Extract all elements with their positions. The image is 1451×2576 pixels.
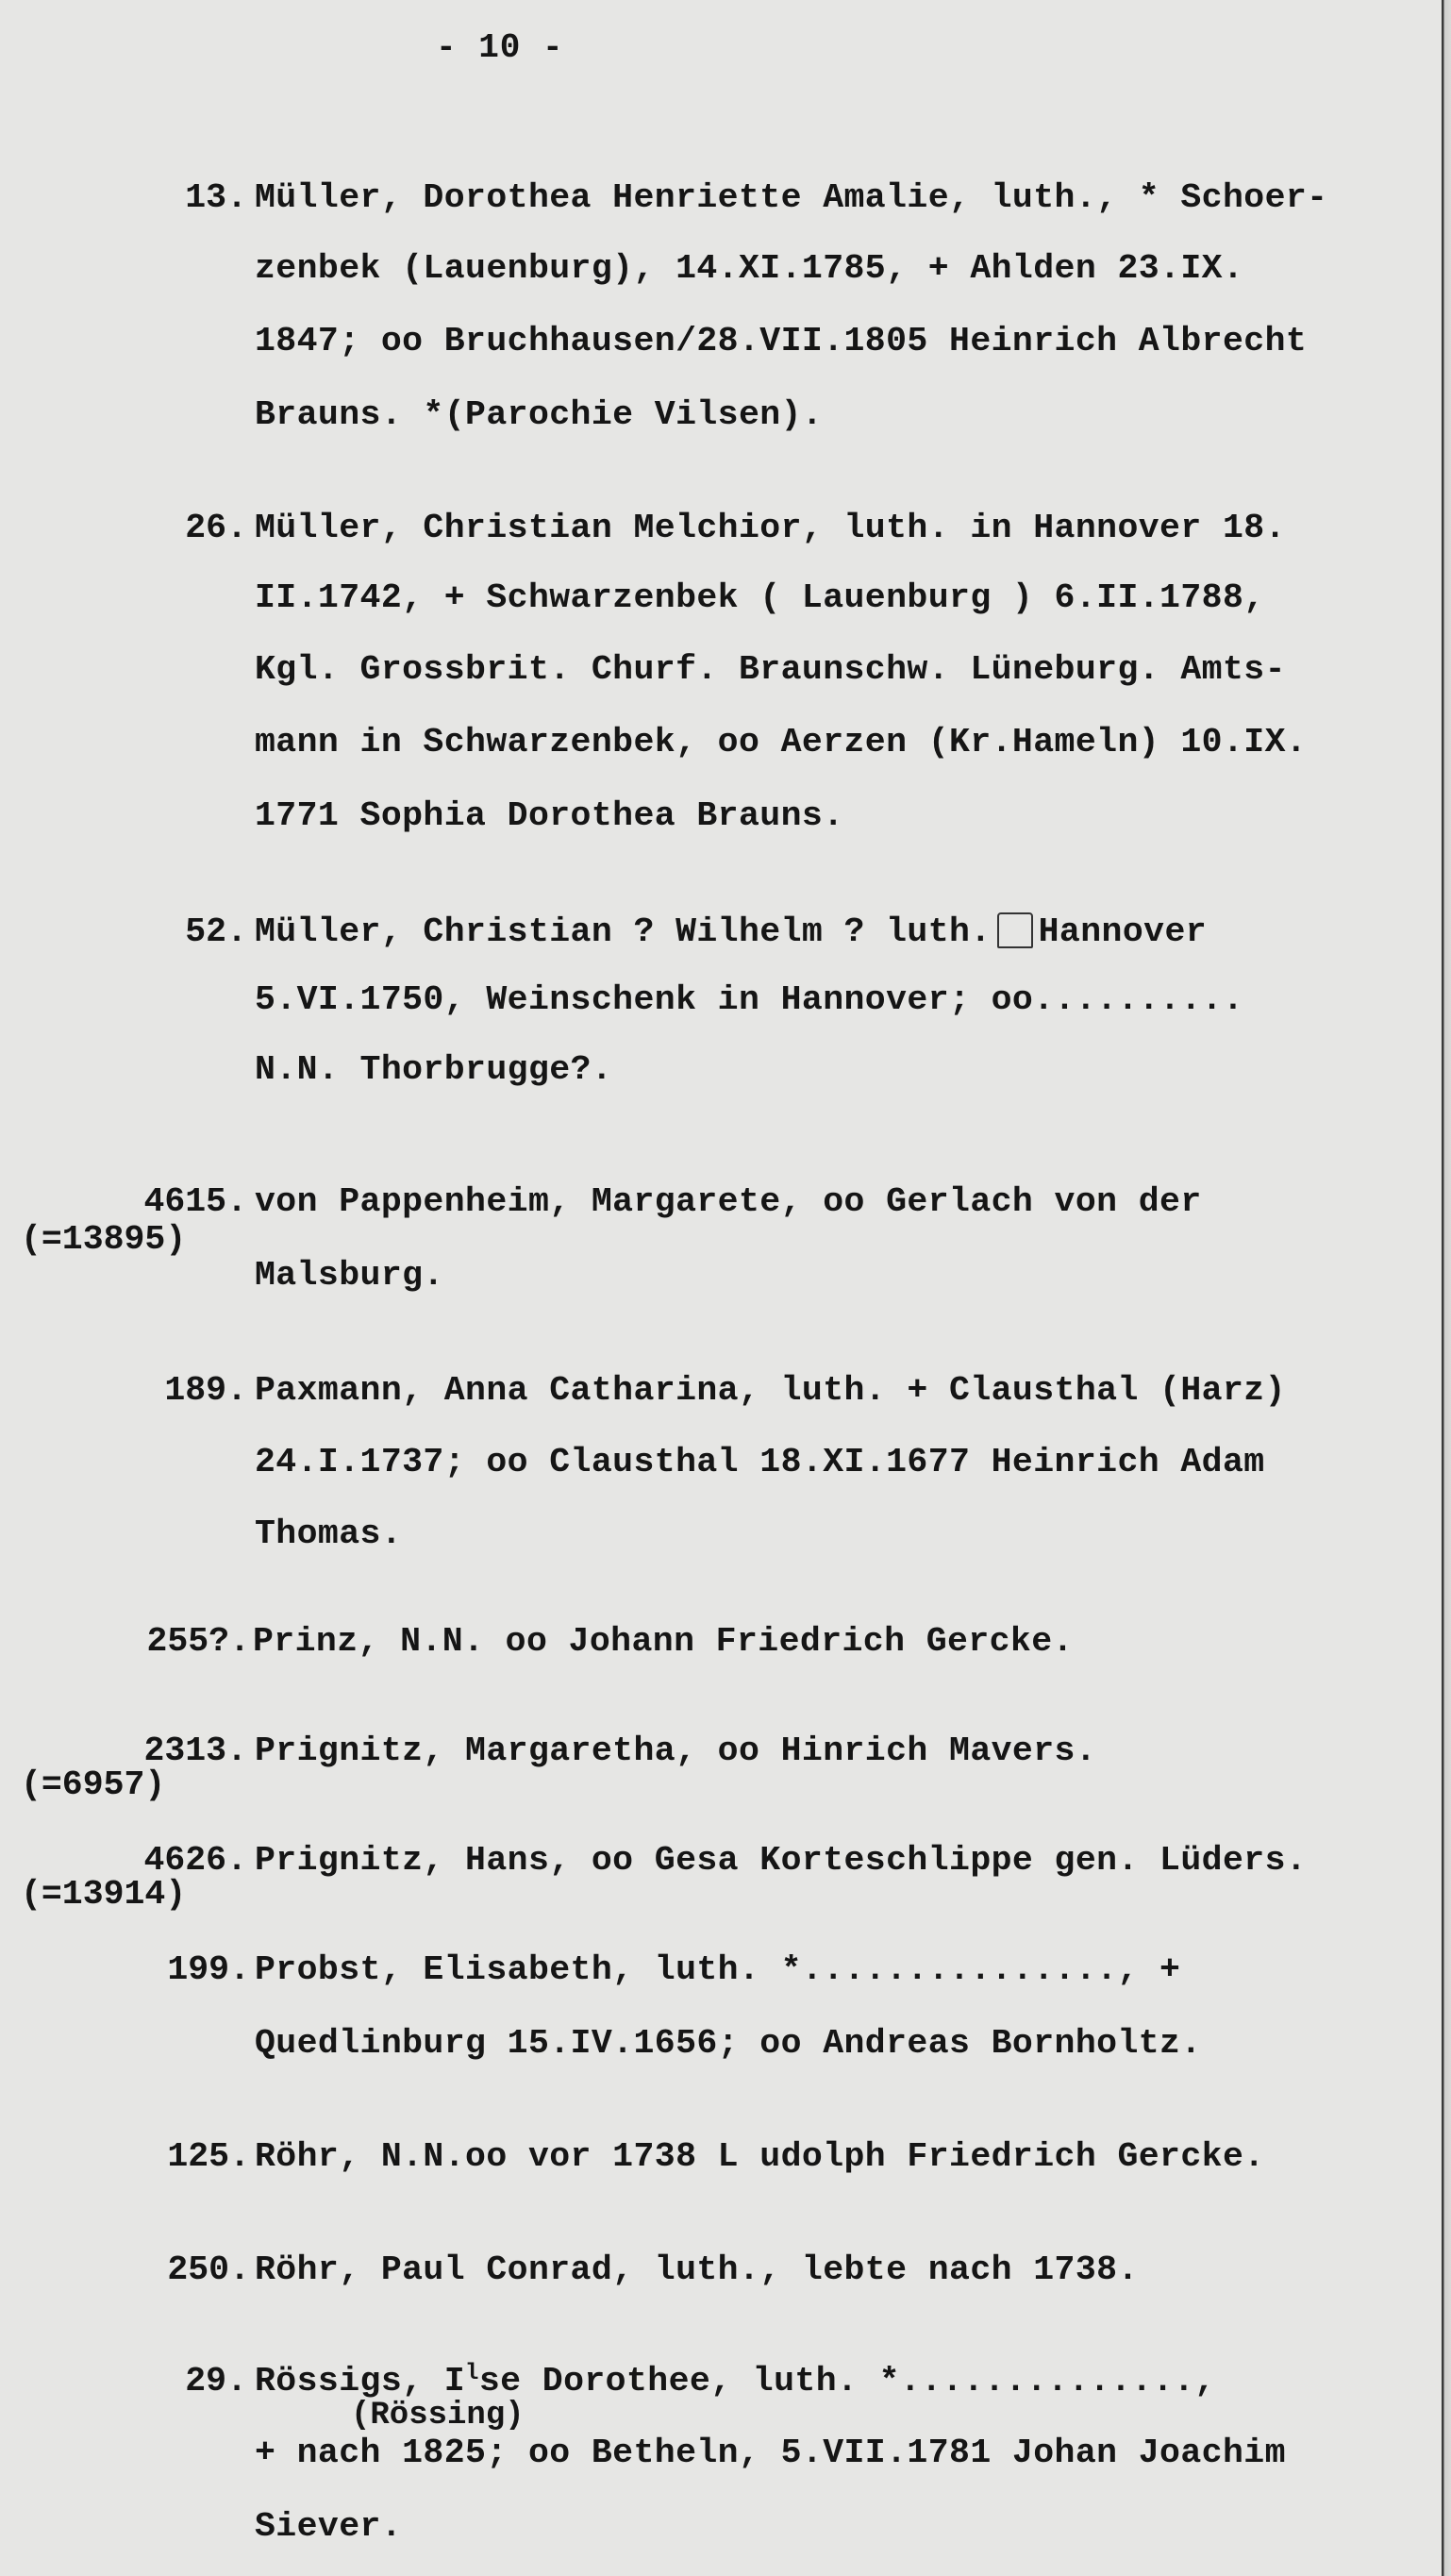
raised-letter: l bbox=[465, 2361, 479, 2386]
entry-line: Quedlinburg 15.IV.1656; oo Andreas Bornh… bbox=[255, 2023, 1202, 2065]
entry-number: 4615. bbox=[38, 1181, 247, 1223]
entry-line: Prignitz, Margaretha, oo Hinrich Mavers. bbox=[255, 1731, 1096, 1772]
entry-line: 5.VI.1750, Weinschenk in Hannover; oo...… bbox=[255, 979, 1243, 1021]
entry-line: Probst, Elisabeth, luth. *..............… bbox=[255, 1949, 1180, 1991]
entry-line: Müller, Christian Melchior, luth. in Han… bbox=[255, 508, 1286, 549]
baptism-box-icon bbox=[997, 912, 1033, 948]
entry-line: II.1742, + Schwarzenbek ( Lauenburg ) 6.… bbox=[255, 577, 1265, 619]
entry-alt-number: (=6957) bbox=[21, 1765, 165, 1806]
entry-line: von Pappenheim, Margarete, oo Gerlach vo… bbox=[255, 1181, 1202, 1223]
page-number: - 10 - bbox=[436, 28, 564, 67]
entry-alt-number: (=13895) bbox=[21, 1219, 186, 1261]
entry-number: 13. bbox=[142, 177, 247, 219]
entry-line: Prignitz, Hans, oo Gesa Korteschlippe ge… bbox=[255, 1840, 1307, 1882]
entry-number: 189. bbox=[94, 1370, 247, 1412]
entry-number: 52. bbox=[142, 912, 247, 953]
page-edge bbox=[1442, 0, 1451, 2576]
entry-line: Prinz, N.N. oo Johann Friedrich Gercke. bbox=[253, 1621, 1074, 1663]
entry-line-text: Müller, Christian ? Wilhelm ? luth. bbox=[255, 912, 992, 951]
entry-line: + nach 1825; oo Betheln, 5.VII.1781 Joha… bbox=[255, 2433, 1286, 2474]
entry-line: Paxmann, Anna Catharina, luth. + Clausth… bbox=[255, 1370, 1286, 1412]
document-page: - 10 - 13. Müller, Dorothea Henriette Am… bbox=[0, 0, 1442, 2576]
entry-line: 24.I.1737; oo Clausthal 18.XI.1677 Heinr… bbox=[255, 1442, 1265, 1483]
entry-line-text: Rössigs, I bbox=[255, 2362, 465, 2400]
entry-number: 199. bbox=[94, 1949, 250, 1991]
entry-number: 250. bbox=[94, 2250, 250, 2291]
entry-line: Thomas. bbox=[255, 1514, 402, 1555]
entry-line: 1771 Sophia Dorothea Brauns. bbox=[255, 795, 844, 837]
entry-line-text: se Dorothee, luth. *.............., bbox=[479, 2362, 1216, 2400]
entry-alt-number: (=13914) bbox=[21, 1874, 186, 1915]
entry-number: 255?. bbox=[94, 1621, 250, 1663]
entry-sub-note: (Rössing) bbox=[351, 2397, 525, 2434]
entry-line-text: Hannover bbox=[1039, 912, 1207, 951]
entry-number: 29. bbox=[142, 2361, 247, 2402]
entry-line: Müller, Dorothea Henriette Amalie, luth.… bbox=[255, 177, 1327, 219]
entry-line: Röhr, N.N.oo vor 1738 L udolph Friedrich… bbox=[255, 2136, 1265, 2178]
entry-line: Malsburg. bbox=[255, 1255, 444, 1296]
entry-line: zenbek (Lauenburg), 14.XI.1785, + Ahlden… bbox=[255, 248, 1243, 290]
entry-line: 1847; oo Bruchhausen/28.VII.1805 Heinric… bbox=[255, 321, 1307, 362]
entry-line: mann in Schwarzenbek, oo Aerzen (Kr.Hame… bbox=[255, 722, 1307, 763]
entry-line: Kgl. Grossbrit. Churf. Braunschw. Lünebu… bbox=[255, 649, 1286, 691]
entry-line: Müller, Christian ? Wilhelm ? luth.Hanno… bbox=[255, 912, 1207, 953]
entry-line: Brauns. *(Parochie Vilsen). bbox=[255, 394, 823, 436]
entry-number: 26. bbox=[142, 508, 247, 549]
entry-line: Röhr, Paul Conrad, luth., lebte nach 173… bbox=[255, 2250, 1139, 2291]
entry-line: Siever. bbox=[255, 2506, 402, 2548]
entry-number: 125. bbox=[94, 2136, 250, 2178]
entry-line: N.N. Thorbrugge?. bbox=[255, 1049, 612, 1091]
